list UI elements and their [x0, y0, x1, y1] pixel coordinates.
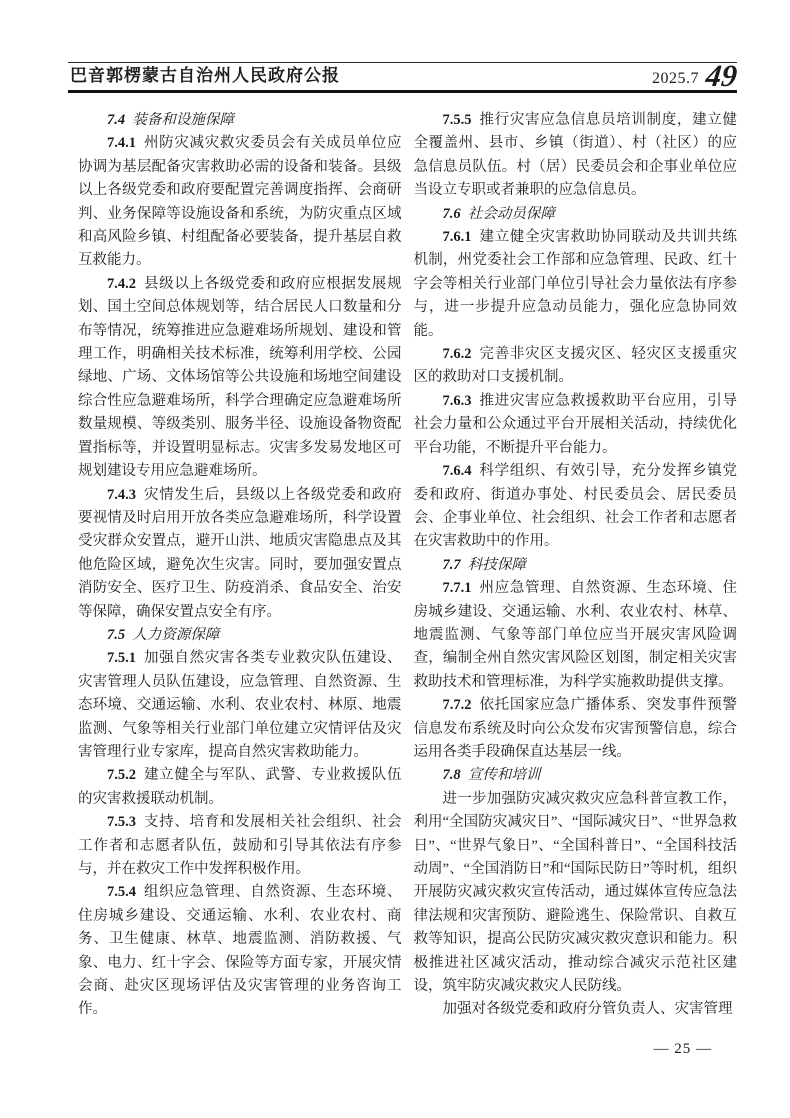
issue-date: 2025.7	[652, 70, 699, 88]
publication-title: 巴音郭楞蒙古自治州人民政府公报	[70, 61, 340, 88]
clause-text: 州应急管理、自然资源、生态环境、住房城乡建设、交通运输、水利、农业农村、林草、地…	[414, 580, 738, 690]
clause-number: 7.6.3	[443, 393, 472, 409]
clause-number: 7.7.2	[443, 697, 472, 713]
clause-paragraph: 7.6.2完善非灾区支援灾区、轻灾区支援重灾区的救助对口支援机制。	[414, 343, 738, 390]
gazette-page: 巴音郭楞蒙古自治州人民政府公报 2025.7 49 7.4装备和设施保障 7.4…	[0, 0, 790, 1118]
clause-number: 7.5.4	[107, 884, 136, 900]
clause-paragraph: 7.5.1加强自然灾害各类专业救灾队伍建设、灾害管理人员队伍建设，应急管理、自然…	[78, 647, 402, 764]
section-title: 装备和设施保障	[132, 112, 234, 128]
clause-text: 州防灾减灾救灾委员会有关成员单位应协调为基层配备灾害救助必需的设备和装备。县级以…	[78, 135, 402, 268]
section-title: 人力资源保障	[132, 627, 219, 643]
clause-paragraph: 7.5.4组织应急管理、自然资源、生态环境、住房城乡建设、交通运输、水利、农业农…	[78, 881, 402, 1021]
clause-number: 7.5.1	[107, 650, 136, 666]
clause-paragraph: 7.4.2县级以上各级党委和政府应根据发展规划、国土空间总体规划等，结合居民人口…	[78, 273, 402, 484]
clause-number: 7.4.2	[107, 276, 136, 292]
header-bottom-rule	[68, 90, 737, 93]
clause-paragraph: 7.5.2建立健全与军队、武警、专业救援队伍的灾害救援联动机制。	[78, 764, 402, 811]
body-paragraph: 进一步加强防灾减灾救灾应急科普宣教工作，利用“全国防灾减灾日”、“国际减灾日”、…	[414, 788, 738, 999]
clause-number: 7.5.3	[107, 814, 136, 830]
body-paragraph: 加强对各级党委和政府分管负责人、灾害管理	[414, 998, 738, 1021]
clause-paragraph: 7.5.3支持、培育和发展相关社会组织、社会工作者和志愿者队伍，鼓励和引导其依法…	[78, 811, 402, 881]
left-column: 7.4装备和设施保障 7.4.1州防灾减灾救灾委员会有关成员单位应协调为基层配备…	[78, 109, 402, 1022]
issue-info: 2025.7 49	[652, 57, 737, 88]
clause-text: 灾情发生后，县级以上各级党委和政府要视情及时启用开放各类应急避难场所，科学设置受…	[78, 487, 402, 620]
clause-number: 7.4.3	[107, 487, 136, 503]
clause-paragraph: 7.5.5推行灾害应急信息员培训制度，建立健全覆盖州、县市、乡镇（街道）、村（社…	[414, 109, 738, 203]
clause-text: 建立健全灾害救助协同联动及共训共练机制，州党委社会工作部和应急管理、民政、红十字…	[414, 229, 738, 339]
clause-number: 7.4.1	[107, 135, 136, 151]
section-heading: 7.5人力资源保障	[78, 624, 402, 647]
clause-text: 组织应急管理、自然资源、生态环境、住房城乡建设、交通运输、水利、农业农村、商务、…	[78, 884, 402, 1017]
section-title: 科技保障	[468, 557, 526, 573]
clause-paragraph: 7.7.2依托国家应急广播体系、突发事件预警信息发布系统及时向公众发布灾害预警信…	[414, 694, 738, 764]
page-header: 巴音郭楞蒙古自治州人民政府公报 2025.7 49	[70, 56, 737, 88]
section-number: 7.7	[443, 557, 461, 573]
section-number: 7.4	[107, 112, 125, 128]
right-column: 7.5.5推行灾害应急信息员培训制度，建立健全覆盖州、县市、乡镇（街道）、村（社…	[414, 109, 738, 1022]
section-number: 7.8	[443, 767, 461, 783]
clause-number: 7.6.2	[443, 346, 472, 362]
clause-paragraph: 7.6.1建立健全灾害救助协同联动及共训共练机制，州党委社会工作部和应急管理、民…	[414, 226, 738, 343]
clause-paragraph: 7.7.1州应急管理、自然资源、生态环境、住房城乡建设、交通运输、水利、农业农村…	[414, 577, 738, 694]
section-number: 7.6	[443, 206, 461, 222]
section-title: 社会动员保障	[468, 206, 555, 222]
clause-number: 7.6.1	[443, 229, 472, 245]
page-number: — 25 —	[654, 1041, 713, 1058]
clause-number: 7.5.2	[107, 767, 136, 783]
document-body: 7.4装备和设施保障 7.4.1州防灾减灾救灾委员会有关成员单位应协调为基层配备…	[78, 109, 737, 1022]
section-heading: 7.4装备和设施保障	[78, 109, 402, 132]
clause-number: 7.6.4	[443, 463, 472, 479]
clause-number: 7.5.5	[443, 112, 472, 128]
issue-number: 49	[704, 60, 738, 91]
clause-number: 7.7.1	[443, 580, 472, 596]
clause-paragraph: 7.4.3灾情发生后，县级以上各级党委和政府要视情及时启用开放各类应急避难场所，…	[78, 484, 402, 624]
section-heading: 7.7科技保障	[414, 554, 738, 577]
clause-text: 加强自然灾害各类专业救灾队伍建设、灾害管理人员队伍建设，应急管理、自然资源、生态…	[78, 650, 402, 760]
section-heading: 7.8宣传和培训	[414, 764, 738, 787]
clause-paragraph: 7.6.4科学组织、有效引导，充分发挥乡镇党委和政府、街道办事处、村民委员会、居…	[414, 460, 738, 554]
section-heading: 7.6社会动员保障	[414, 203, 738, 226]
section-title: 宣传和培训	[468, 767, 541, 783]
section-number: 7.5	[107, 627, 125, 643]
clause-paragraph: 7.4.1州防灾减灾救灾委员会有关成员单位应协调为基层配备灾害救助必需的设备和装…	[78, 132, 402, 272]
clause-text: 县级以上各级党委和政府应根据发展规划、国土空间总体规划等，结合居民人口数量和分布…	[78, 276, 402, 479]
clause-paragraph: 7.6.3推进灾害应急救援救助平台应用，引导社会力量和公众通过平台开展相关活动，…	[414, 390, 738, 460]
